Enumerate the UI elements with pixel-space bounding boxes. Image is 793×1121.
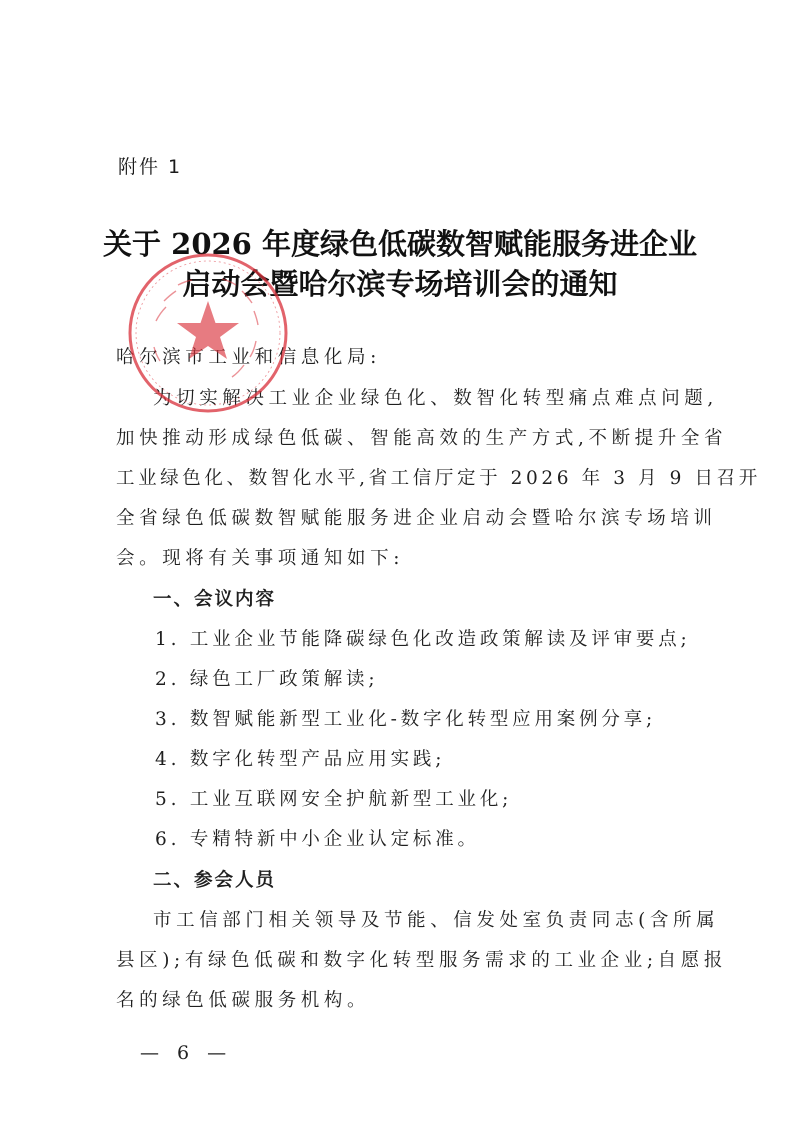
section-heading-meeting-content: 一、会议内容 — [153, 585, 276, 611]
salutation: 哈尔滨市工业和信息化局: — [116, 343, 381, 369]
attendees-line: 名的绿色低碳服务机构。 — [116, 986, 370, 1012]
intro-line: 为切实解决工业企业绿色化、数智化转型痛点难点问题, — [153, 384, 718, 410]
list-item: 4. 数字化转型产品应用实践; — [155, 745, 445, 771]
attendees-line: 县区);有绿色低碳和数字化转型服务需求的工业企业;自愿报 — [116, 946, 727, 972]
page-number: — 6 — — [140, 1042, 232, 1064]
intro-line: 会。现将有关事项通知如下: — [116, 544, 404, 570]
attachment-label: 附件 1 — [118, 152, 182, 179]
list-item: 1. 工业企业节能降碳绿色化改造政策解读及评审要点; — [155, 625, 691, 651]
intro-line: 加快推动形成绿色低碳、智能高效的生产方式,不断提升全省 — [116, 424, 727, 450]
title-line-1: 关于 2026 年度绿色低碳数智赋能服务进企业 — [100, 222, 700, 263]
list-item: 3. 数智赋能新型工业化-数字化转型应用案例分享; — [155, 705, 656, 731]
list-item: 6. 专精特新中小企业认定标准。 — [155, 825, 480, 851]
list-item: 2. 绿色工厂政策解读; — [155, 665, 378, 691]
document-page: 附件 1 关于 2026 年度绿色低碳数智赋能服务进企业 启动会暨哈尔滨专场培训… — [0, 0, 793, 1121]
intro-line: 全省绿色低碳数智赋能服务进企业启动会暨哈尔滨专场培训 — [116, 504, 717, 530]
attendees-line: 市工信部门相关领导及节能、信发处室负责同志(含所属 — [153, 906, 719, 932]
list-item: 5. 工业互联网安全护航新型工业化; — [155, 785, 512, 811]
intro-line: 工业绿色化、数智化水平,省工信厅定于 2026 年 3 月 9 日召开 — [116, 464, 761, 490]
section-heading-attendees: 二、参会人员 — [153, 866, 276, 892]
title-line-2: 启动会暨哈尔滨专场培训会的通知 — [100, 262, 700, 303]
